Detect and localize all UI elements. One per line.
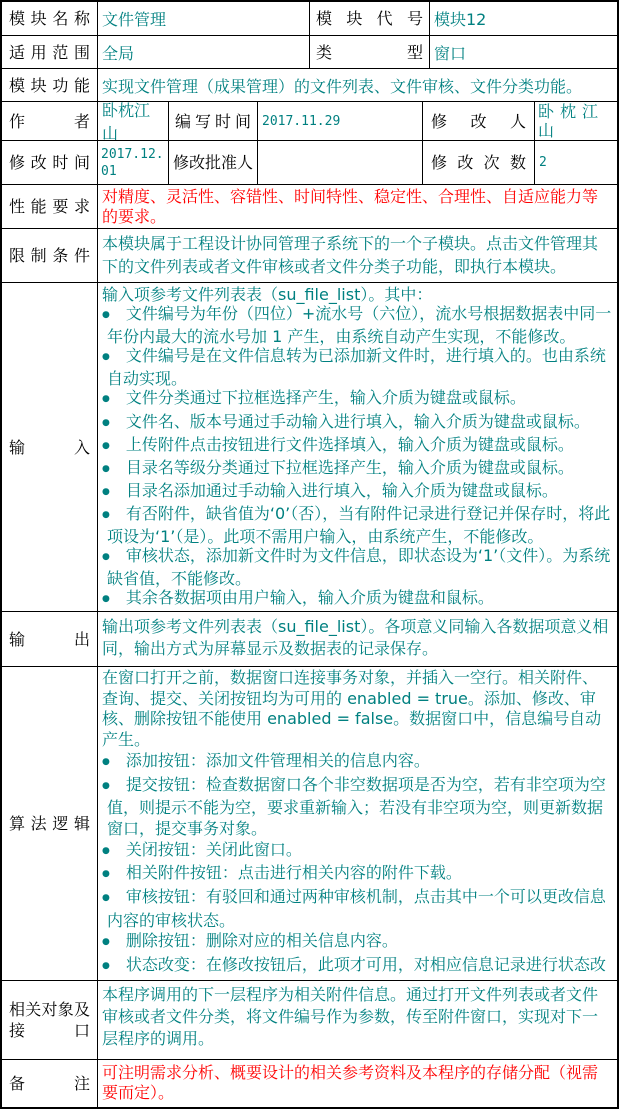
row-performance: 性能要求 对精度、灵活性、容错性、时间特性、稳定性、合理性、自适应能力等的要求。	[2, 184, 617, 228]
bullet-item: ●添加按钮：添加文件管理相关的信息内容。	[102, 751, 613, 775]
bullet-item: ●上传附件点击按钮进行文件选择填入，输入介质为键盘或鼠标。	[102, 435, 613, 458]
input-label: 输入	[2, 437, 97, 458]
related-label-line1: 相关对象及	[2, 999, 97, 1020]
bullet-text: 目录名等级分类通过下拉框选择产生，输入介质为键盘或鼠标。	[126, 458, 574, 477]
logic-label: 算法逻辑	[2, 813, 97, 834]
write-time-label-cell: 编写时间	[168, 102, 257, 140]
write-time-value: 2017.11.29	[257, 102, 422, 140]
row-author: 作者 卧枕江山 编写时间 2017.11.29 修改人 卧枕江山	[2, 101, 617, 140]
bullet-item: ●状态改变：在修改按钮后，此项才可用，对相应信息记录进行状态改变。	[102, 955, 613, 980]
output-label: 输出	[2, 629, 97, 650]
modify-time-label: 修改时间	[2, 152, 97, 173]
remark-value: 可注明需求分析、概要设计的相关参考资料及本程序的存储分配（视需要而定）。	[97, 1060, 617, 1107]
bullet-icon: ●	[102, 869, 110, 879]
bullet-item: ●相关附件按钮：点击进行相关内容的附件下载。	[102, 863, 613, 887]
bullet-text: 关闭按钮：关闭此窗口。	[126, 840, 302, 859]
bullet-item: ●目录名添加通过手动输入进行填入，输入介质为键盘或鼠标。	[102, 481, 613, 504]
bullet-icon: ●	[102, 310, 110, 320]
logic-intro: 在窗口打开之前，数据窗口连接事务对象，并插入一空行。相关附件、查询、提交、关闭按…	[102, 668, 613, 751]
bullet-item: ●有否附件，缺省值为‘0’（否），当有附件记录进行登记并保存时，将此项设为‘1’…	[102, 504, 613, 546]
approver-value	[257, 141, 422, 184]
module-name-label: 模块名称	[2, 8, 97, 29]
bullet-text: 文件分类通过下拉框选择产生，输入介质为键盘或鼠标。	[126, 388, 526, 407]
output-value: 输出项参考文件列表表（su_file_list）。各项意义同输入各数据项意义相同…	[97, 612, 617, 666]
approver-label-cell: 修改批准人	[168, 141, 257, 184]
scope-value: 全局	[97, 36, 309, 68]
modify-count-label: 修改次数	[423, 152, 534, 173]
row-input: 输入 输入项参考文件列表表（su_file_list）。其中： ●文件编号为年份…	[2, 282, 617, 611]
bullet-icon: ●	[102, 961, 110, 971]
write-time-label: 编写时间	[169, 111, 257, 132]
bullet-icon: ●	[102, 394, 110, 404]
module-name-label-cell: 模块名称	[2, 2, 97, 35]
related-value: 本程序调用的下一层程序为相关附件信息。通过打开文件列表或者文件审核或者文件分类，…	[97, 981, 617, 1059]
bullet-icon: ●	[102, 487, 110, 497]
author-label-cell: 作者	[2, 102, 97, 140]
remark-label-cell: 备注	[2, 1060, 97, 1107]
constraints-value: 本模块属于工程设计协同管理子系统下的一个子模块。点击文件管理其下的文件列表或者文…	[97, 229, 617, 282]
bullet-icon: ●	[102, 352, 110, 362]
bullet-icon: ●	[102, 781, 110, 791]
bullet-item: ●删除按钮：删除对应的相关信息内容。	[102, 931, 613, 955]
module-code-label: 模块代号	[310, 8, 429, 29]
row-module-function: 模块功能 实现文件管理（成果管理）的文件列表、文件审核、文件分类功能。	[2, 68, 617, 101]
function-value: 实现文件管理（成果管理）的文件列表、文件审核、文件分类功能。	[97, 69, 617, 101]
bullet-icon: ●	[102, 418, 110, 428]
bullet-item: ●文件分类通过下拉框选择产生，输入介质为键盘或鼠标。	[102, 388, 613, 411]
logic-bullet-list: ●添加按钮：添加文件管理相关的信息内容。●提交按钮：检查数据窗口各个非空数据项是…	[102, 751, 613, 980]
function-label: 模块功能	[2, 75, 97, 96]
bullet-item: ●文件编号是在文件信息转为已添加新文件时，进行填入的。也由系统自动实现。	[102, 346, 613, 388]
modify-count-label-cell: 修改次数	[422, 141, 534, 184]
modifier-label-cell: 修改人	[422, 102, 534, 140]
bullet-item: ●审核状态，添加新文件时为文件信息，即状态设为‘1’（文件）。为系统缺省值，不能…	[102, 546, 613, 588]
bullet-text: 添加按钮：添加文件管理相关的信息内容。	[126, 751, 430, 770]
bullet-icon: ●	[102, 510, 110, 520]
input-label-cell: 输入	[2, 283, 97, 611]
modify-time-label-cell: 修改时间	[2, 141, 97, 184]
performance-label: 性能要求	[2, 196, 97, 217]
type-label-cell: 类型	[309, 36, 429, 68]
bullet-icon: ●	[102, 757, 110, 767]
bullet-text: 删除按钮：删除对应的相关信息内容。	[126, 931, 398, 950]
constraints-label: 限制条件	[2, 245, 97, 266]
bullet-text: 有否附件，缺省值为‘0’（否），当有附件记录进行登记并保存时，将此项设为‘1’（…	[107, 504, 610, 546]
performance-value: 对精度、灵活性、容错性、时间特性、稳定性、合理性、自适应能力等的要求。	[97, 185, 617, 228]
author-value: 卧枕江山	[97, 102, 168, 140]
bullet-item: ●提交按钮：检查数据窗口各个非空数据项是否为空，若有非空项为空值，则提示不能为空…	[102, 775, 613, 840]
input-bullet-list: ●文件编号为年份（四位）+流水号（六位），流水号根据数据表中同一年份内最大的流水…	[102, 304, 613, 611]
logic-label-cell: 算法逻辑	[2, 667, 97, 980]
bullet-item: ●审核按钮：有驳回和通过两种审核机制，点击其中一个可以更改信息内容的审核状态。	[102, 887, 613, 931]
bullet-text: 文件编号为年份（四位）+流水号（六位），流水号根据数据表中同一年份内最大的流水号…	[107, 304, 611, 346]
bullet-item: ●文件名、版本号通过手动输入进行填入，输入介质为键盘或鼠标。	[102, 412, 613, 435]
modifier-label: 修改人	[423, 111, 534, 132]
row-modify: 修改时间 2017.12.01 修改批准人 修改次数 2	[2, 140, 617, 184]
bullet-item: ●其余各数据项由用户输入，输入介质为键盘和鼠标。	[102, 588, 613, 611]
bullet-icon: ●	[102, 937, 110, 947]
row-related: 相关对象及 接口 本程序调用的下一层程序为相关附件信息。通过打开文件列表或者文件…	[2, 980, 617, 1059]
bullet-icon: ●	[102, 552, 110, 562]
module-code-value: 模块12	[429, 2, 617, 35]
row-module-name: 模块名称 文件管理 模块代号 模块12	[2, 2, 617, 35]
input-intro: 输入项参考文件列表表（su_file_list）。其中：	[102, 285, 613, 304]
bullet-text: 文件编号是在文件信息转为已添加新文件时，进行填入的。也由系统自动实现。	[107, 346, 606, 388]
bullet-item: ●目录名等级分类通过下拉框选择产生，输入介质为键盘或鼠标。	[102, 458, 613, 481]
bullet-text: 审核按钮：有驳回和通过两种审核机制，点击其中一个可以更改信息内容的审核状态。	[107, 887, 606, 930]
bullet-text: 目录名添加通过手动输入进行填入，输入介质为键盘或鼠标。	[126, 481, 558, 500]
row-logic: 算法逻辑 在窗口打开之前，数据窗口连接事务对象，并插入一空行。相关附件、查询、提…	[2, 666, 617, 980]
bullet-text: 其余各数据项由用户输入，输入介质为键盘和鼠标。	[126, 588, 494, 607]
approver-label: 修改批准人	[169, 152, 257, 173]
function-label-cell: 模块功能	[2, 69, 97, 101]
scope-label-cell: 适用范围	[2, 36, 97, 68]
bullet-item: ●文件编号为年份（四位）+流水号（六位），流水号根据数据表中同一年份内最大的流水…	[102, 304, 613, 346]
row-constraints: 限制条件 本模块属于工程设计协同管理子系统下的一个子模块。点击文件管理其下的文件…	[2, 228, 617, 282]
performance-label-cell: 性能要求	[2, 185, 97, 228]
bullet-icon: ●	[102, 846, 110, 856]
type-label: 类型	[310, 42, 429, 63]
bullet-text: 提交按钮：检查数据窗口各个非空数据项是否为空，若有非空项为空值，则提示不能为空，…	[107, 775, 606, 838]
module-code-label-cell: 模块代号	[309, 2, 429, 35]
bullet-icon: ●	[102, 594, 110, 604]
bullet-text: 上传附件点击按钮进行文件选择填入，输入介质为键盘或鼠标。	[126, 435, 574, 454]
row-output: 输出 输出项参考文件列表表（su_file_list）。各项意义同输入各数据项意…	[2, 611, 617, 666]
constraints-label-cell: 限制条件	[2, 229, 97, 282]
row-remark: 备注 可注明需求分析、概要设计的相关参考资料及本程序的存储分配（视需要而定）。	[2, 1059, 617, 1107]
modifier-value: 卧枕江山	[534, 102, 617, 140]
bullet-text: 相关附件按钮：点击进行相关内容的附件下载。	[126, 863, 462, 882]
input-content-cell: 输入项参考文件列表表（su_file_list）。其中： ●文件编号为年份（四位…	[97, 283, 617, 611]
bullet-icon: ●	[102, 441, 110, 451]
bullet-icon: ●	[102, 893, 110, 903]
logic-content-cell: 在窗口打开之前，数据窗口连接事务对象，并插入一空行。相关附件、查询、提交、关闭按…	[97, 667, 617, 980]
module-spec-table: 模块名称 文件管理 模块代号 模块12 适用范围 全局 类型 窗口 模块功能 实…	[0, 0, 619, 1109]
bullet-text: 文件名、版本号通过手动输入进行填入，输入介质为键盘或鼠标。	[126, 412, 590, 431]
bullet-icon: ●	[102, 464, 110, 474]
output-label-cell: 输出	[2, 612, 97, 666]
row-scope: 适用范围 全局 类型 窗口	[2, 35, 617, 68]
author-label: 作者	[2, 111, 97, 132]
modify-count-value: 2	[534, 141, 617, 184]
bullet-text: 审核状态，添加新文件时为文件信息，即状态设为‘1’（文件）。为系统缺省值，不能修…	[107, 546, 610, 588]
module-name-value: 文件管理	[97, 2, 309, 35]
remark-label: 备注	[2, 1073, 97, 1094]
related-label-cell: 相关对象及 接口	[2, 981, 97, 1059]
scope-label: 适用范围	[2, 42, 97, 63]
bullet-item: ●关闭按钮：关闭此窗口。	[102, 840, 613, 864]
related-label-line2: 接口	[2, 1020, 97, 1041]
bullet-text: 状态改变：在修改按钮后，此项才可用，对相应信息记录进行状态改变。	[107, 955, 606, 980]
type-value: 窗口	[429, 36, 617, 68]
modify-time-value: 2017.12.01	[97, 141, 168, 184]
